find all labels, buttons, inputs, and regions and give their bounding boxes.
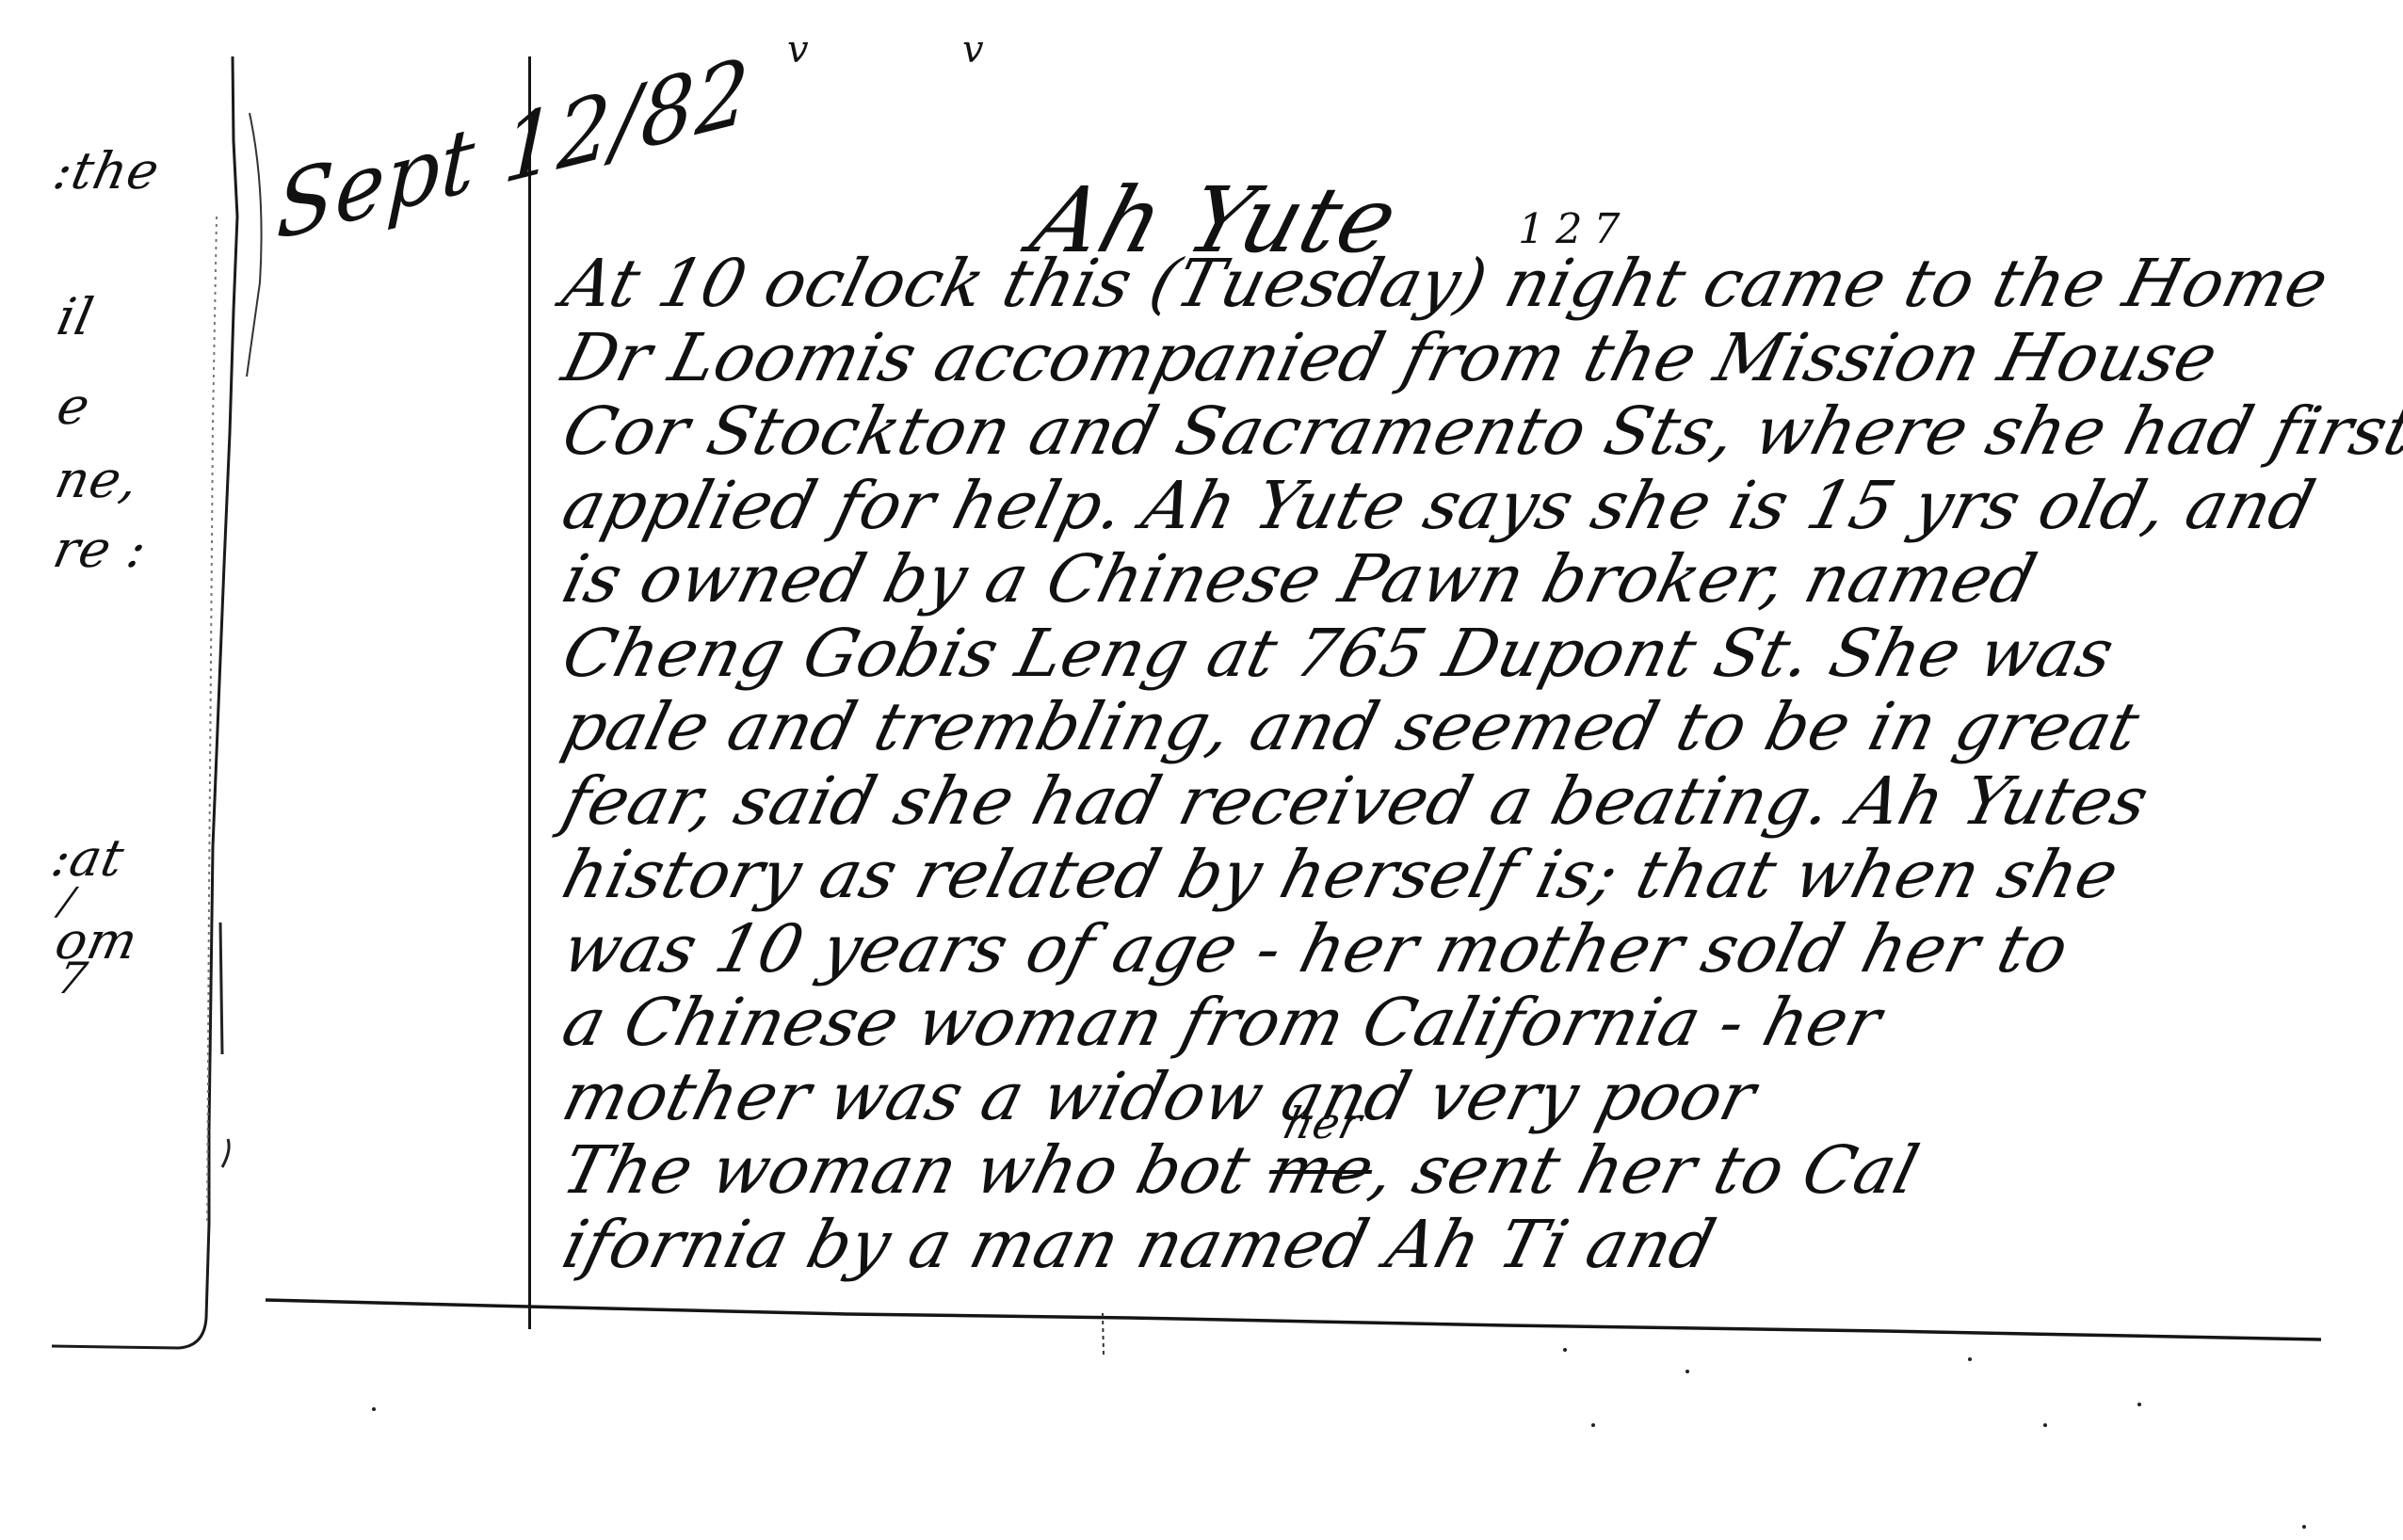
ledger-page: v v :the il e ne, re : :at / om 7 Sept 1… (0, 0, 2403, 1540)
bottom-rule (0, 0, 2403, 1540)
scan-speck (1591, 1423, 1595, 1427)
scan-speck (2043, 1423, 2047, 1427)
scan-speck (1563, 1348, 1567, 1352)
scan-speck (2137, 1403, 2141, 1406)
scan-speck (1968, 1357, 1972, 1361)
scan-speck (1685, 1370, 1689, 1373)
scan-speck (2302, 1525, 2306, 1529)
scan-speck (372, 1407, 376, 1411)
